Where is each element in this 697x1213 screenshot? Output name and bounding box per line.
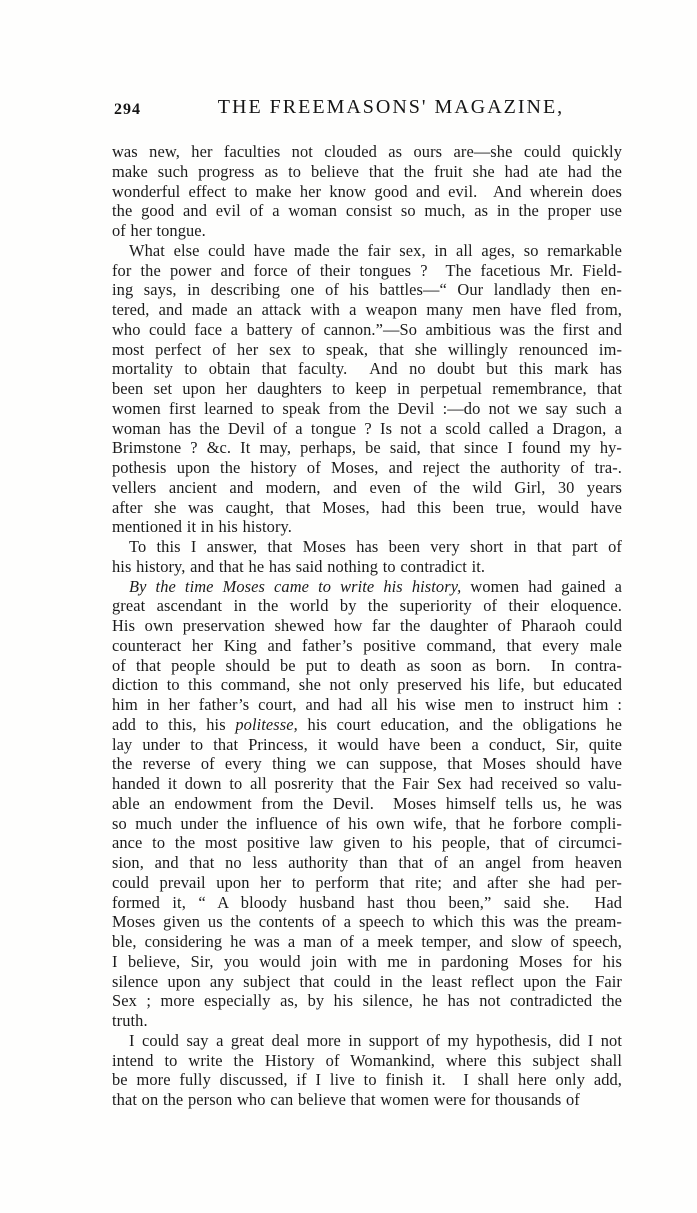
text-line: could prevail upon her to perform that r…: [112, 873, 622, 893]
page-header: 294 THE FREEMASONS' MAGAZINE,: [112, 96, 622, 126]
text-line: diction to this command, she not only pr…: [112, 675, 622, 695]
text-line: great ascendant in the world by the supe…: [112, 596, 622, 616]
text-line: I believe, Sir, you would join with me i…: [112, 952, 622, 972]
text-line: lay under to that Princess, it would hav…: [112, 735, 622, 755]
paragraph: By the time Moses came to write his hist…: [112, 577, 622, 1031]
text-line: the good and evil of a woman consist so …: [112, 201, 622, 221]
text-line: Sex ; more especially as, by his silence…: [112, 991, 622, 1011]
text-line: make such progress as to believe that th…: [112, 162, 622, 182]
text-line: wonderful effect to make her know good a…: [112, 182, 622, 202]
text-line: vellers ancient and modern, and even of …: [112, 478, 622, 498]
text-line: silence upon any subject that could in t…: [112, 972, 622, 992]
text-line: ble, considering he was a man of a meek …: [112, 932, 622, 952]
text-line: so much under the influence of his own w…: [112, 814, 622, 834]
paragraph: was new, her faculties not clouded as ou…: [112, 142, 622, 241]
text-line: mortality to obtain that faculty. And no…: [112, 359, 622, 379]
text-line: add to this, his politesse, his court ed…: [112, 715, 622, 735]
text-line: been set upon her daughters to keep in p…: [112, 379, 622, 399]
text-line: handed it down to all posrerity that the…: [112, 774, 622, 794]
text-line: counteract her King and father’s positiv…: [112, 636, 622, 656]
page-body: was new, her faculties not clouded as ou…: [112, 142, 622, 1110]
text-line: of her tongue.: [112, 221, 622, 241]
text-line: pothesis upon the history of Moses, and …: [112, 458, 622, 478]
text-line: be more fully discussed, if I live to fi…: [112, 1070, 622, 1090]
paragraph: What else could have made the fair sex, …: [112, 241, 622, 537]
text-line: ing says, in describing one of his battl…: [112, 280, 622, 300]
text-line: truth.: [112, 1011, 622, 1031]
text-line: him in her father’s court, and had all h…: [112, 695, 622, 715]
text-line: was new, her faculties not clouded as ou…: [112, 142, 622, 162]
text-line: his history, and that he has said nothin…: [112, 557, 622, 577]
text-line: Moses given us the contents of a speech …: [112, 912, 622, 932]
page-number: 294: [114, 101, 141, 119]
text-line: woman has the Devil of a tongue ? Is not…: [112, 419, 622, 439]
text-line: who could face a battery of cannon.”—So …: [112, 320, 622, 340]
text-line: ance to the most positive law given to h…: [112, 833, 622, 853]
text-line: after she was caught, that Moses, had th…: [112, 498, 622, 518]
paragraph: I could say a great deal more in support…: [112, 1031, 622, 1110]
text-line: formed it, “ A bloody husband hast thou …: [112, 893, 622, 913]
scanned-page: 294 THE FREEMASONS' MAGAZINE, was new, h…: [0, 0, 697, 1213]
text-line: Brimstone ? &c. It may, perhaps, be said…: [112, 438, 622, 458]
text-line: intend to write the History of Womankind…: [112, 1051, 622, 1071]
text-line: mentioned it in his history.: [112, 517, 622, 537]
text-line: I could say a great deal more in support…: [112, 1031, 622, 1051]
text-line: sion, and that no less authority than th…: [112, 853, 622, 873]
page-title: THE FREEMASONS' MAGAZINE,: [112, 96, 622, 119]
text-line: the reverse of every thing we can suppos…: [112, 754, 622, 774]
text-line: His own preservation shewed how far the …: [112, 616, 622, 636]
text-line: women first learned to speak from the De…: [112, 399, 622, 419]
text-line: tered, and made an attack with a weapon …: [112, 300, 622, 320]
text-line: that on the person who can believe that …: [112, 1090, 622, 1110]
text-line: of that people should be put to death as…: [112, 656, 622, 676]
text-line: able an endowment from the Devil. Moses …: [112, 794, 622, 814]
text-line: for the power and force of their tongues…: [112, 261, 622, 281]
text-line: What else could have made the fair sex, …: [112, 241, 622, 261]
text-line: To this I answer, that Moses has been ve…: [112, 537, 622, 557]
paragraph: To this I answer, that Moses has been ve…: [112, 537, 622, 577]
text-line: By the time Moses came to write his hist…: [112, 577, 622, 597]
text-line: most perfect of her sex to speak, that s…: [112, 340, 622, 360]
